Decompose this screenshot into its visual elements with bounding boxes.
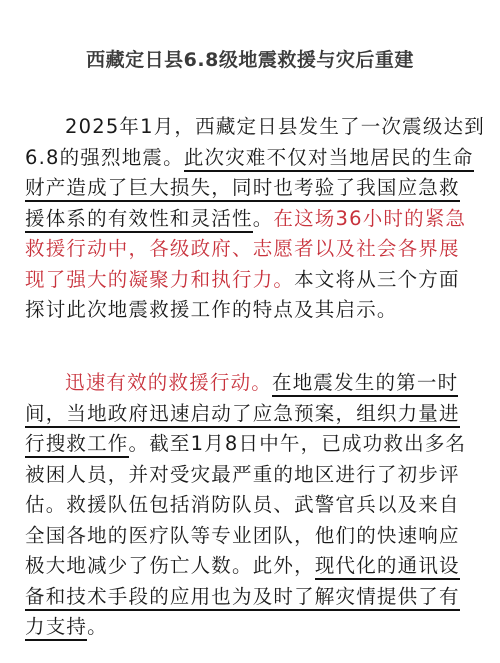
text-line: 间，当地政府迅速启动了应急预案，组织力量进 bbox=[25, 399, 477, 430]
body-text: 探讨此次地震救援工作的特点及其启示。 bbox=[25, 298, 398, 321]
underlined-text: 备和技术手段的应用也为及时了解灾情提供了有 bbox=[25, 585, 460, 611]
underlined-text: 间，当地政府迅速启动了应急预案，组织力量进 bbox=[25, 402, 460, 428]
text-line: 估。救援队伍包括消防队员、武警官兵以及来自 bbox=[25, 490, 477, 521]
text-line: 现了强大的凝聚力和执行力。本文将从三个方面 bbox=[25, 265, 477, 296]
body-text: 估。救援队伍包括消防队员、武警官兵以及来自 bbox=[25, 493, 460, 516]
body-text: 全国各地的医疗队等专业团队，他们的快速响应 bbox=[25, 524, 460, 547]
text-line: 备和技术手段的应用也为及时了解灾情提供了有 bbox=[25, 582, 477, 613]
body-text: 被困人员，并对受灾最严重的地区进行了初步评 bbox=[25, 463, 460, 486]
highlighted-text: 在这场36小时的紧急 bbox=[273, 207, 466, 230]
text-line: 被困人员，并对受灾最严重的地区进行了初步评 bbox=[25, 460, 477, 491]
underlined-text: 在地震发生的第一时 bbox=[272, 371, 458, 397]
intro-paragraph: 2025年1月，西藏定日县发生了一次震级达到6.8的强烈地震。此次灾难不仅对当地… bbox=[25, 112, 477, 326]
underlined-text: 现代化的通讯设 bbox=[315, 554, 460, 580]
highlighted-text: 救援行动中，各级政府、志愿者以及社会各界展 bbox=[25, 237, 460, 260]
text-line: 2025年1月，西藏定日县发生了一次震级达到 bbox=[25, 112, 477, 143]
body-text: 2025年1月，西藏定日县发生了一次震级达到 bbox=[65, 115, 485, 138]
text-line: 财产造成了巨大损失，同时也考验了我国应急救 bbox=[25, 173, 477, 204]
underlined-text: 援体系的有效性和灵活性 bbox=[25, 207, 253, 233]
body-text: 。 bbox=[87, 615, 108, 638]
text-line: 极大地减少了伤亡人数。此外，现代化的通讯设 bbox=[25, 551, 477, 582]
body-text: 本文将从三个方面 bbox=[294, 268, 460, 291]
underlined-text: 财产造成了巨大损失，同时也考验了我国应急救 bbox=[25, 176, 460, 202]
article-title: 西藏定日县6.8级地震救援与灾后重建 bbox=[0, 45, 500, 72]
underlined-text: 力支持 bbox=[25, 615, 87, 641]
rescue-paragraph: 迅速有效的救援行动。在地震发生的第一时间，当地政府迅速启动了应急预案，组织力量进… bbox=[25, 368, 477, 643]
underlined-text: 此次灾难不仅对当地居民的生命 bbox=[184, 146, 474, 172]
highlighted-text: 现了强大的凝聚力和执行力。 bbox=[25, 268, 294, 291]
body-text: 6.8的强烈地震。 bbox=[25, 146, 184, 169]
text-line: 探讨此次地震救援工作的特点及其启示。 bbox=[25, 295, 477, 326]
text-line: 迅速有效的救援行动。在地震发生的第一时 bbox=[25, 368, 477, 399]
body-text: 极大地减少了伤亡人数。此外， bbox=[25, 554, 315, 577]
text-line: 援体系的有效性和灵活性。在这场36小时的紧急 bbox=[25, 204, 477, 235]
text-line: 6.8的强烈地震。此次灾难不仅对当地居民的生命 bbox=[25, 143, 477, 174]
text-line: 全国各地的医疗队等专业团队，他们的快速响应 bbox=[25, 521, 477, 552]
body-text: 。 bbox=[253, 207, 274, 230]
text-line: 救援行动中，各级政府、志愿者以及社会各界展 bbox=[25, 234, 477, 265]
text-line: 行搜救工作。截至1月8日中午，已成功救出多名 bbox=[25, 429, 477, 460]
text-line: 力支持。 bbox=[25, 612, 477, 643]
underlined-text: 行搜救工作 bbox=[25, 432, 129, 458]
highlighted-text: 迅速有效的救援行动。 bbox=[65, 371, 272, 394]
body-text: 。截至1月8日中午，已成功救出多名 bbox=[129, 432, 467, 455]
